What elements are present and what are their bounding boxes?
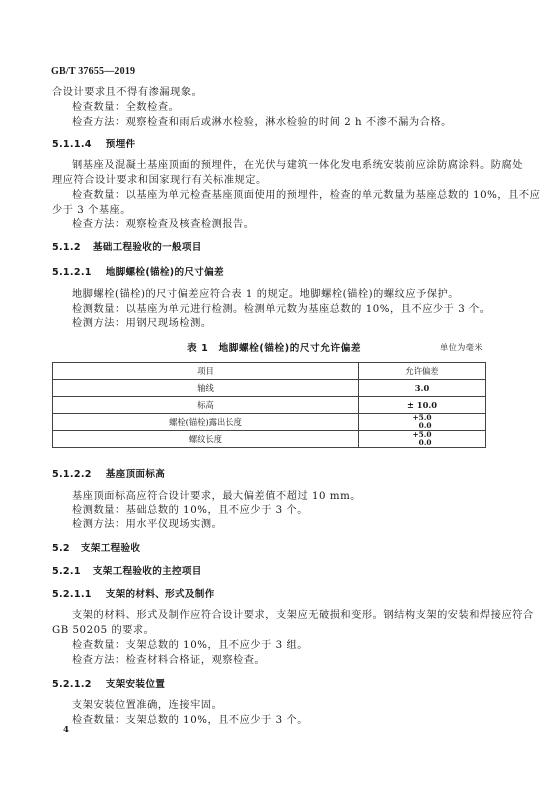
section-title: 预埋件 [106, 139, 136, 150]
paragraph-line: 检测数量：基础总数的 10%，且不应少于 3 个。 [72, 503, 308, 518]
table-header-cell: 项目 [53, 363, 359, 380]
section-number: 5.1.2.2 [52, 469, 92, 480]
tolerance-stack: +5.0 0.0 [412, 431, 431, 446]
section-title: 支架安装位置 [106, 679, 165, 690]
table-cell-item: 轴线 [53, 380, 359, 397]
section-number: 5.2 [52, 543, 70, 554]
section-title: 基座顶面标高 [106, 469, 165, 480]
page-number: 4 [63, 725, 69, 735]
table-row: 螺栓(锚栓)露出长度 +5.0 0.0 [53, 414, 486, 431]
section-title: 支架工程验收的主控项目 [93, 566, 202, 577]
section-heading-5-2-1: 5.2.1支架工程验收的主控项目 [52, 563, 202, 577]
section-number: 5.2.1 [52, 566, 81, 577]
paragraph-line: 合设计要求且不得有渗漏现象。 [52, 85, 202, 100]
paragraph-line: 检查数量：支架总数的 10%，且不应少于 3 组。 [72, 638, 308, 653]
paragraph-line: 少于 3 个基座。 [52, 203, 131, 218]
section-number: 5.1.1.4 [52, 139, 92, 150]
lower-tolerance: 0.0 [419, 421, 432, 430]
table-row: 标高 ± 10.0 [53, 397, 486, 414]
paragraph-line: 检测方法：用钢尺现场检测。 [72, 316, 212, 331]
table-cell-value: +5.0 0.0 [359, 431, 486, 448]
standard-code-header: GB/T 37655—2019 [51, 66, 135, 77]
table-header-row: 项目 允许偏差 [53, 363, 486, 380]
table-row: 轴线 3.0 [53, 380, 486, 397]
paragraph-line: GB 50205 的要求。 [52, 623, 154, 638]
section-number: 5.1.2.1 [52, 267, 92, 278]
paragraph-line: 基座顶面标高应符合设计要求，最大偏差值不超过 10 mm。 [72, 489, 361, 504]
paragraph-line: 理应符合设计要求和国家现行有关标准规定。 [52, 173, 267, 188]
section-title: 支架工程验收 [81, 543, 140, 554]
paragraph-line: 支架的材料、形式及制作应符合设计要求，支架应无破损和变形。钢结构支架的安装和焊接… [72, 608, 534, 623]
paragraph-line: 检查数量：全数检查。 [72, 100, 179, 115]
table-caption: 表 1 地脚螺栓(锚栓)的尺寸允许偏差 [187, 340, 361, 354]
table-cell-value: ± 10.0 [359, 397, 486, 414]
paragraph-line: 检查数量：支架总数的 10%，且不应少于 3 个。 [72, 713, 308, 728]
table-cell-item: 螺纹长度 [53, 431, 359, 448]
paragraph-line: 检查方法：观察检查和雨后或淋水检验，淋水检验的时间 2 h 不渗不漏为合格。 [72, 115, 452, 130]
table-cell-value: 3.0 [359, 380, 486, 397]
section-heading-5-1-2-1: 5.1.2.1地脚螺栓(锚栓)的尺寸偏差 [52, 264, 224, 278]
section-heading-5-1-2-2: 5.1.2.2基座顶面标高 [52, 466, 165, 480]
section-number: 5.2.1.1 [52, 589, 92, 600]
section-title: 地脚螺栓(锚栓)的尺寸偏差 [106, 267, 224, 278]
paragraph-line: 检测方法：用水平仪现场实测。 [72, 517, 222, 532]
table-unit-label: 单位为毫米 [440, 342, 483, 353]
table-header-cell: 允许偏差 [359, 363, 486, 380]
paragraph-line: 检查方法：检查材料合格证，观察检查。 [72, 653, 265, 668]
section-heading-5-1-2: 5.1.2基础工程验收的一般项目 [52, 239, 202, 253]
lower-tolerance: 0.0 [419, 438, 432, 447]
paragraph-line: 检查方法：观察检查及核查检测报告。 [72, 217, 255, 232]
table-cell-value: +5.0 0.0 [359, 414, 486, 431]
table-row: 螺纹长度 +5.0 0.0 [53, 431, 486, 448]
section-title: 基础工程验收的一般项目 [93, 242, 202, 253]
section-heading-5-2-1-2: 5.2.1.2支架安装位置 [52, 676, 165, 690]
tolerance-table: 项目 允许偏差 轴线 3.0 标高 ± 10.0 螺栓(锚栓)露出长度 +5.0… [52, 362, 486, 448]
paragraph-line: 钢基座及混凝土基座顶面的预埋件，在光伏与建筑一体化发电系统安装前应涂防腐涂料。防… [72, 158, 523, 173]
section-title: 支架的材料、形式及制作 [106, 589, 215, 600]
table-cell-item: 螺栓(锚栓)露出长度 [53, 414, 359, 431]
paragraph-line: 检测数量：以基座为单元进行检测。检测单元数为基座总数的 10%，且不应少于 3 … [72, 302, 491, 317]
tolerance-stack: +5.0 0.0 [412, 414, 431, 429]
section-heading-5-2-1-1: 5.2.1.1支架的材料、形式及制作 [52, 586, 215, 600]
paragraph-line: 支架安装位置准确，连接牢固。 [72, 698, 222, 713]
section-number: 5.1.2 [52, 242, 81, 253]
section-heading-5-1-1-4: 5.1.1.4预埋件 [52, 136, 135, 150]
paragraph-line: 地脚螺栓(锚栓)的尺寸偏差应符合表 1 的规定。地脚螺栓(锚栓)的螺纹应予保护。 [72, 287, 459, 302]
section-heading-5-2: 5.2支架工程验收 [52, 540, 140, 554]
paragraph-line: 检查数量：以基座为单元检查基座顶面使用的预埋件，检查的单元数量为基座总数的 10… [72, 188, 540, 203]
table-cell-item: 标高 [53, 397, 359, 414]
section-number: 5.2.1.2 [52, 679, 92, 690]
